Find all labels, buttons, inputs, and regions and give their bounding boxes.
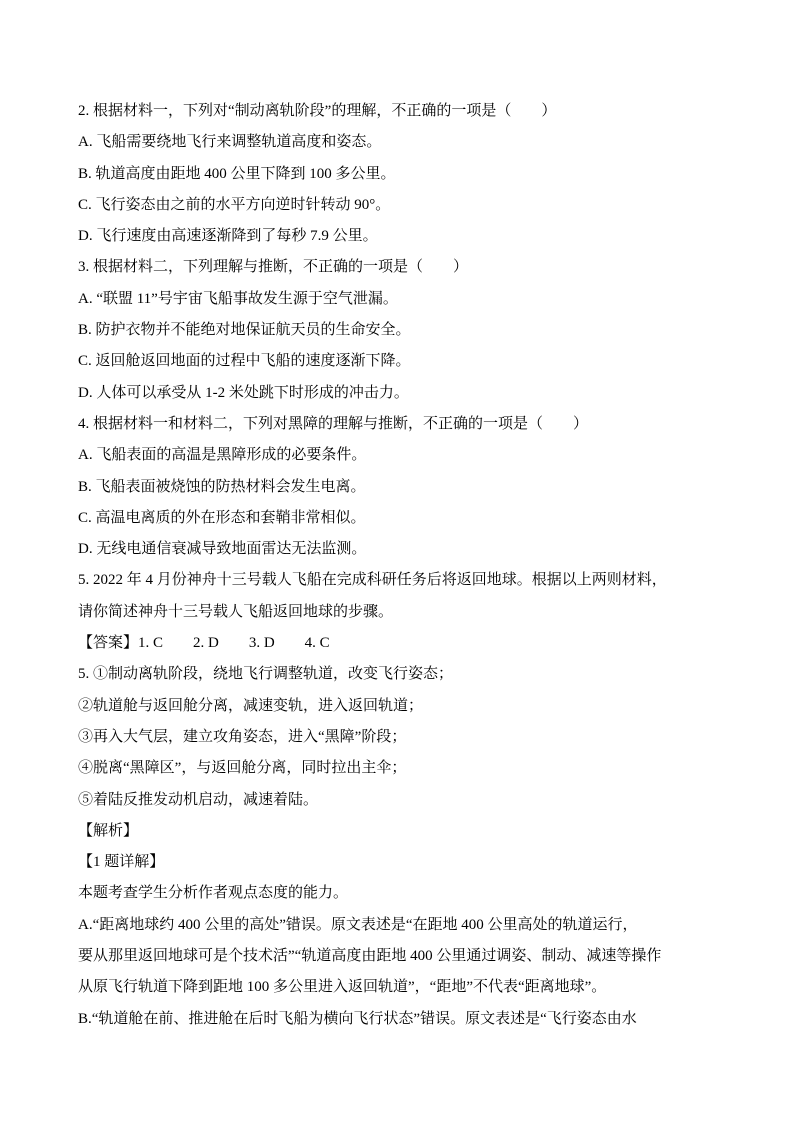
document-page: 2. 根据材料一，下列对“制动离轨阶段”的理解，不正确的一项是（ ） A. 飞船… xyxy=(0,0,794,1123)
question-2-option-c: C. 飞行姿态由之前的水平方向逆时针转动 90°。 xyxy=(78,190,678,221)
analysis-a-line-2: 要从那里返回地球可是个技术活”“轨道高度由距地 400 公里通过调姿、制动、减速… xyxy=(78,941,678,972)
analysis-section-header: 【解析】 xyxy=(78,816,678,847)
q5-answer-step-5: ⑤着陆反推发动机启动，减速着陆。 xyxy=(78,785,678,816)
question-2-option-b: B. 轨道高度由距地 400 公里下降到 100 多公里。 xyxy=(78,159,678,190)
question-5-stem-line-1: 5. 2022 年 4 月份神舟十三号载人飞船在完成科研任务后将返回地球。根据以… xyxy=(78,565,678,596)
analysis-a-line-1: A.“距离地球约 400 公里的高处”错误。原文表述是“在距地 400 公里高处… xyxy=(78,910,678,941)
q5-answer-step-1: 5. ①制动离轨阶段，绕地飞行调整轨道，改变飞行姿态； xyxy=(78,659,678,690)
question-5-stem-line-2: 请你简述神舟十三号载人飞船返回地球的步骤。 xyxy=(78,597,678,628)
question-3-option-b: B. 防护衣物并不能绝对地保证航天员的生命安全。 xyxy=(78,315,678,346)
analysis-detail-header: 【1 题详解】 xyxy=(78,847,678,878)
q5-answer-step-2: ②轨道舱与返回舱分离，减速变轨，进入返回轨道； xyxy=(78,691,678,722)
analysis-a-line-3: 从原飞行轨道下降到距地 100 多公里进入返回轨道”，“距地”不代表“距离地球”… xyxy=(78,972,678,1003)
q5-answer-step-4: ④脱离“黑障区”，与返回舱分离，同时拉出主伞； xyxy=(78,753,678,784)
question-3-stem: 3. 根据材料二，下列理解与推断，不正确的一项是（ ） xyxy=(78,252,678,283)
analysis-b-line-1: B.“轨道舱在前、推进舱在后时飞船为横向飞行状态”错误。原文表述是“飞行姿态由水 xyxy=(78,1004,678,1035)
question-4-option-a: A. 飞船表面的高温是黑障形成的必要条件。 xyxy=(78,440,678,471)
question-2-option-d: D. 飞行速度由高速逐渐降到了每秒 7.9 公里。 xyxy=(78,221,678,252)
question-2-option-a: A. 飞船需要绕地飞行来调整轨道高度和姿态。 xyxy=(78,127,678,158)
q5-answer-step-3: ③再入大气层，建立攻角姿态，进入“黑障”阶段； xyxy=(78,722,678,753)
question-4-stem: 4. 根据材料一和材料二，下列对黑障的理解与推断，不正确的一项是（ ） xyxy=(78,409,678,440)
exam-text-block: 2. 根据材料一，下列对“制动离轨阶段”的理解，不正确的一项是（ ） A. 飞船… xyxy=(78,96,678,1035)
question-2-stem: 2. 根据材料一，下列对“制动离轨阶段”的理解，不正确的一项是（ ） xyxy=(78,96,678,127)
answer-key-line: 【答案】1. C 2. D 3. D 4. C xyxy=(78,628,678,659)
analysis-intro: 本题考查学生分析作者观点态度的能力。 xyxy=(78,878,678,909)
question-4-option-d: D. 无线电通信衰减导致地面雷达无法监测。 xyxy=(78,534,678,565)
question-4-option-b: B. 飞船表面被烧蚀的防热材料会发生电离。 xyxy=(78,472,678,503)
question-3-option-c: C. 返回舱返回地面的过程中飞船的速度逐渐下降。 xyxy=(78,346,678,377)
question-3-option-a: A. “联盟 11”号宇宙飞船事故发生源于空气泄漏。 xyxy=(78,284,678,315)
question-3-option-d: D. 人体可以承受从 1-2 米处跳下时形成的冲击力。 xyxy=(78,378,678,409)
question-4-option-c: C. 高温电离质的外在形态和套鞘非常相似。 xyxy=(78,503,678,534)
